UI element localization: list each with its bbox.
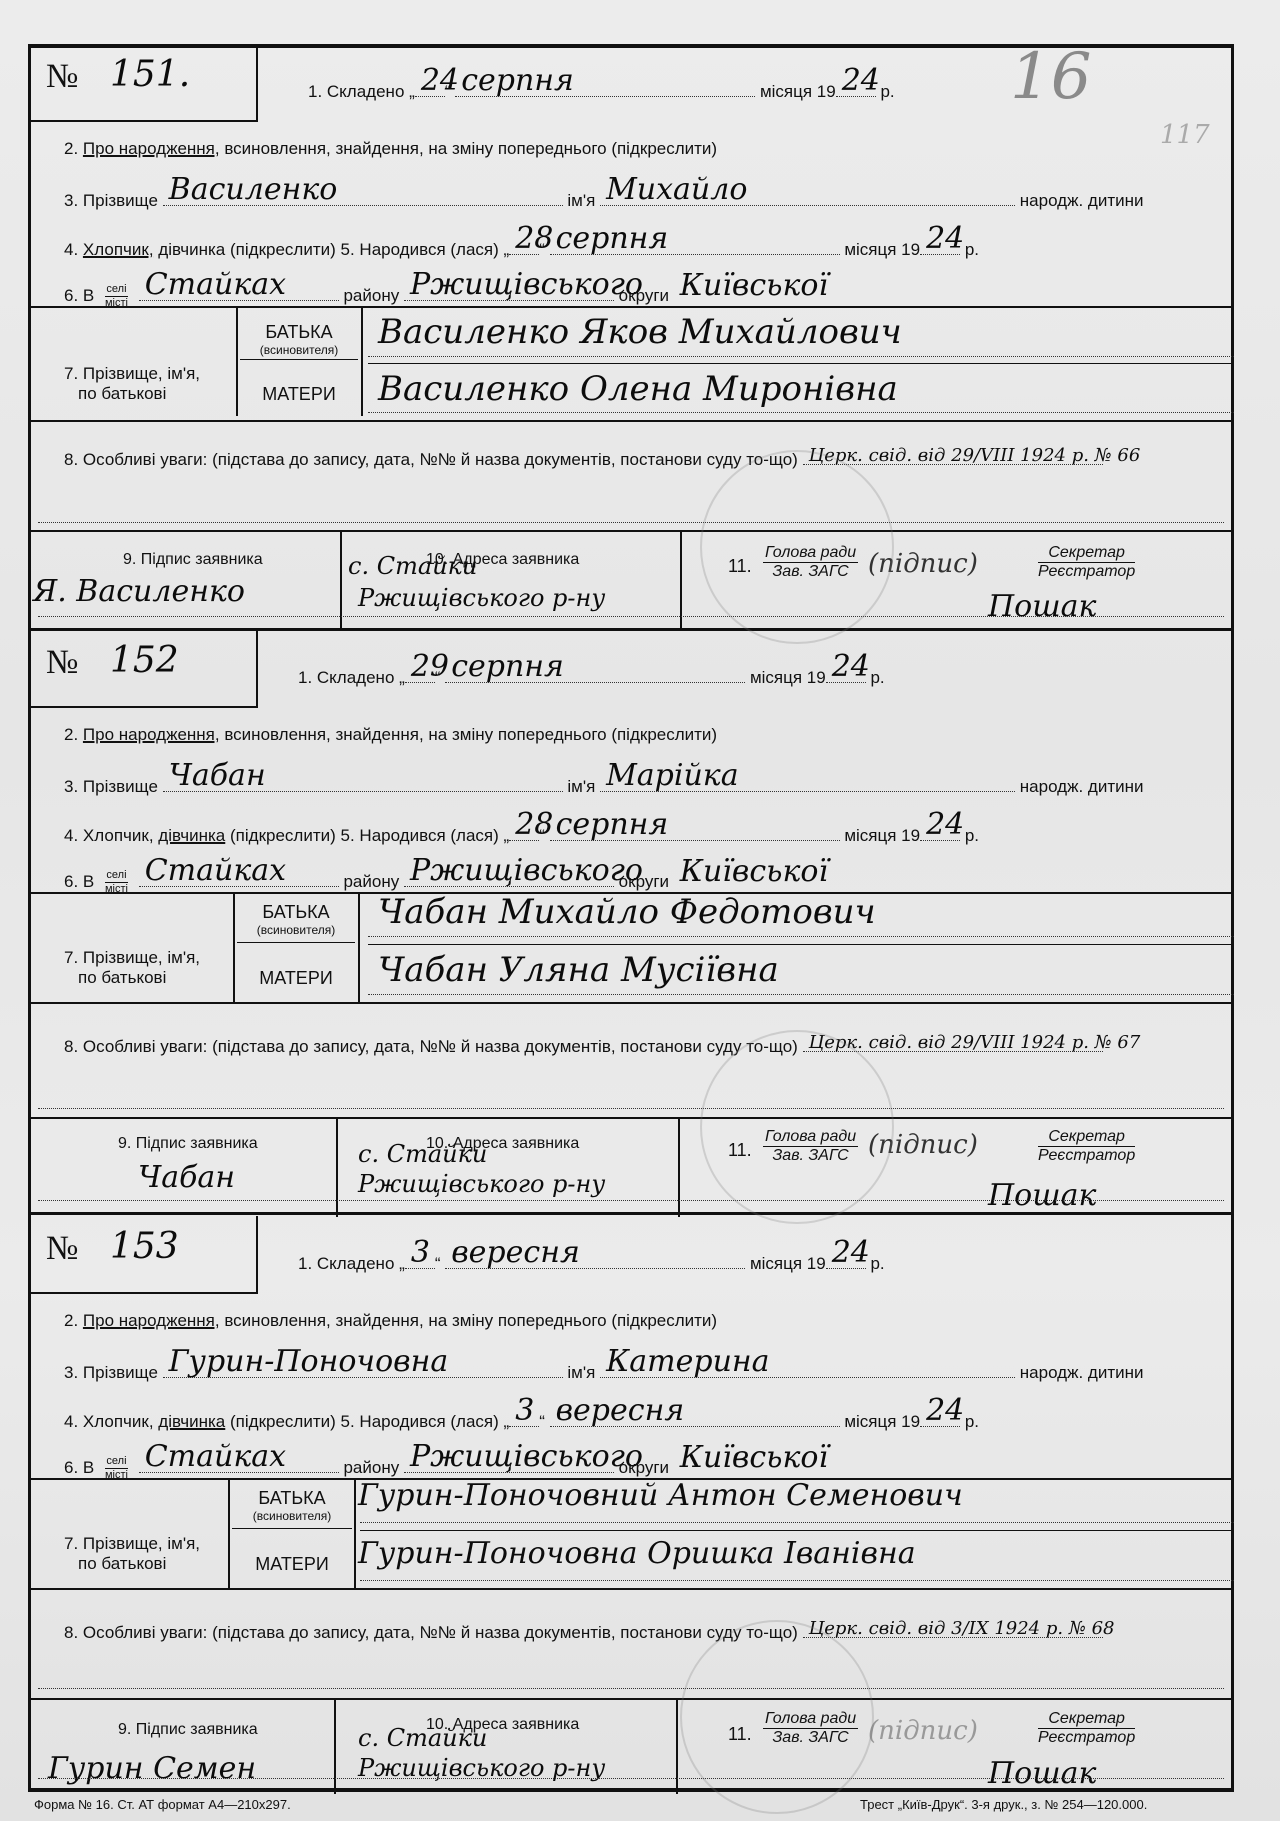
notes-value: Церк. свід. від 29/VIII 1924 р. № 66: [809, 445, 1141, 466]
label-child: народж. дитини: [1020, 777, 1144, 796]
record-separator: [28, 1212, 1234, 1215]
label-applicant-signature: 9. Підпис заявника: [123, 551, 263, 569]
label: Реєстратор: [1038, 1147, 1135, 1165]
mother-label: МАТЕРИ: [237, 968, 355, 989]
birth-month: серпня: [556, 221, 669, 256]
village-value: Стайках: [145, 1439, 286, 1474]
village-value: Стайках: [145, 267, 286, 302]
number-sign: №: [46, 1230, 78, 1268]
label-month-year: місяця 19: [844, 826, 920, 845]
label: Реєстратор: [1038, 563, 1135, 581]
label: 2.: [64, 1311, 78, 1330]
label-applicant-signature: 9. Підпис заявника: [118, 1135, 258, 1153]
label-month-year: місяця 19: [844, 1412, 920, 1431]
field-event-type: 2. Про народження, всиновлення, знайденн…: [64, 1311, 717, 1331]
mother-name: Чабан Уляна Мусіївна: [378, 950, 779, 990]
divider: [28, 420, 1234, 422]
field-sex-birthdate: 4. Хлопчик, дівчинка (підкреслити) 5. На…: [64, 822, 979, 846]
label: (підкреслити): [230, 1412, 336, 1431]
label: БАТЬКА: [240, 322, 358, 343]
compiled-year: 24: [832, 1235, 870, 1270]
footer-printer: Трест „Київ-Друк“. 3-я друк., з. № 254—1…: [860, 1797, 1147, 1812]
compiled-day: 29: [411, 649, 449, 684]
label-child: народж. дитини: [1020, 1363, 1144, 1382]
divider: [368, 944, 1234, 945]
dotted-line: [38, 1200, 1224, 1201]
label: (всиновителя): [240, 343, 358, 357]
label-applicant-signature: 9. Підпис заявника: [118, 1721, 258, 1739]
label-compiled: 1. Складено: [298, 1254, 394, 1273]
mother-name: Гурин-Поночовна Оришка Іванівна: [358, 1536, 916, 1571]
label-surname: 3. Прізвище: [64, 191, 158, 210]
label-place: 6. В: [64, 286, 94, 305]
field-surname: 3. Прізвище Василенко ім'я Михайло народ…: [64, 187, 1144, 211]
label: БАТЬКА: [232, 1488, 352, 1509]
applicant-address-line1: с. Стайки: [358, 1140, 487, 1168]
divider: [360, 1530, 1234, 1531]
compiled-month: серпня: [451, 649, 564, 684]
surname-value: Гурин-Поночовна: [169, 1344, 449, 1379]
surname-value: Чабан: [169, 758, 266, 793]
record-number: 153: [110, 1226, 179, 1267]
label-parents: 7. Прізвище, ім'я, по батькові: [64, 1534, 200, 1574]
label-village: селі: [105, 283, 128, 297]
compiled-year: 24: [842, 63, 880, 98]
applicant-address-line2: Ржищівського р-ну: [358, 584, 605, 612]
field-surname: 3. Прізвище Чабан ім'я Марійка народж. д…: [64, 773, 1144, 797]
label: Реєстратор: [1038, 1729, 1135, 1747]
divider: [28, 306, 1234, 308]
label: всиновлення, знайдення, на зміну поперед…: [224, 1311, 717, 1330]
first-name-value: Михайло: [606, 172, 747, 207]
secretary-label: Секретар Реєстратор: [1038, 1710, 1135, 1747]
sex-boy: Хлопчик,: [83, 1412, 154, 1431]
divider: [361, 306, 363, 416]
divider: [354, 1478, 356, 1588]
record-number-box: № 153: [28, 1216, 258, 1294]
dotted-line: [38, 1108, 1224, 1109]
label-village: селі: [105, 869, 128, 883]
district-value: Ржищівського: [410, 1439, 643, 1474]
label: Секретар: [1038, 1128, 1135, 1147]
label-district: району: [343, 1458, 399, 1477]
label: Секретар: [1038, 544, 1135, 563]
divider: [28, 1588, 1234, 1590]
birth-month: серпня: [556, 807, 669, 842]
sex-boy: Хлопчик,: [83, 826, 154, 845]
label: 4.: [64, 240, 78, 259]
applicant-signature: Я. Василенко: [33, 574, 245, 609]
birth-year: 24: [926, 807, 964, 842]
label-born: 5. Народився (лася): [341, 826, 499, 845]
mother-name: Василенко Олена Миронівна: [378, 369, 898, 409]
field-compiled: 1. Складено „24“ серпня місяця 1924 р.: [308, 78, 895, 102]
label-name: ім'я: [567, 191, 595, 210]
label: (всиновителя): [232, 1509, 352, 1523]
label: всиновлення, знайдення, на зміну поперед…: [224, 725, 717, 744]
label-city: місті: [105, 1469, 128, 1482]
label-notes: 8. Особливі уваги: (підстава до запису, …: [64, 450, 798, 469]
official-stamp: [700, 1030, 894, 1224]
field-event-type: 2. Про народження, всиновлення, знайденн…: [64, 725, 717, 745]
label-line: по батькові: [64, 1554, 200, 1574]
record-number-box: № 151.: [28, 44, 258, 122]
divider: [236, 306, 238, 416]
label-district: району: [343, 872, 399, 891]
divider: [368, 363, 1234, 364]
divider: [340, 530, 342, 630]
label-surname: 3. Прізвище: [64, 777, 158, 796]
label: 4.: [64, 1412, 78, 1431]
quote: “: [435, 1254, 441, 1273]
label: (всиновителя): [237, 923, 355, 937]
divider: [28, 1698, 1234, 1700]
father-name: Чабан Михайло Федотович: [378, 892, 876, 932]
divider: [228, 1478, 230, 1588]
divider: [678, 1117, 680, 1217]
field-notes: 8. Особливі уваги: (підстава до запису, …: [64, 1619, 1103, 1643]
registrar-signature: Пошак: [988, 589, 1096, 624]
mother-label: МАТЕРИ: [240, 384, 358, 405]
registrar-signature: Пошак: [988, 1178, 1096, 1213]
dotted-line: [38, 522, 1224, 523]
record-151: № 151. 1. Складено „24“ серпня місяця 19…: [28, 44, 1234, 634]
registrar-signature: Пошак: [988, 1756, 1096, 1791]
birth-day: 28: [515, 807, 553, 842]
label: МАТЕРИ: [240, 384, 358, 405]
record-number: 152: [110, 640, 179, 681]
label-line: 7. Прізвище, ім'я,: [64, 1534, 200, 1554]
label-notes: 8. Особливі уваги: (підстава до запису, …: [64, 1623, 798, 1642]
mother-label: МАТЕРИ: [232, 1554, 352, 1575]
label-name: ім'я: [567, 777, 595, 796]
label-line: 7. Прізвище, ім'я,: [64, 948, 200, 968]
divider: [28, 530, 1234, 532]
label-year: р.: [965, 240, 979, 259]
divider: [232, 1528, 352, 1529]
dotted-line: [360, 1580, 1234, 1581]
divider: [28, 1117, 1234, 1119]
label-notes: 8. Особливі уваги: (підстава до запису, …: [64, 1037, 798, 1056]
compiled-day: 24: [421, 63, 459, 98]
father-label: БАТЬКА (всиновителя): [237, 902, 355, 937]
label-month-year: місяця 19: [750, 1254, 826, 1273]
secretary-label: Секретар Реєстратор: [1038, 544, 1135, 581]
label-parents: 7. Прізвище, ім'я, по батькові: [64, 364, 200, 404]
field-sex-birthdate: 4. Хлопчик, дівчинка (підкреслити) 5. На…: [64, 236, 979, 260]
dotted-line: [38, 1778, 1224, 1779]
label: Секретар: [1038, 1710, 1135, 1729]
label-born: 5. Народився (лася): [341, 1412, 499, 1431]
okrug-value: Київської: [680, 268, 828, 303]
father-label: БАТЬКА (всиновителя): [232, 1488, 352, 1523]
father-name: Василенко Яков Михайлович: [378, 312, 902, 352]
official-stamp: [700, 450, 894, 644]
field-surname: 3. Прізвище Гурин-Поночовна ім'я Катерин…: [64, 1359, 1144, 1383]
number-sign: №: [46, 58, 78, 96]
divider: [28, 1002, 1234, 1004]
compiled-year: 24: [832, 649, 870, 684]
label-line: по батькові: [64, 968, 200, 988]
surname-value: Василенко: [169, 172, 338, 207]
label-year: р.: [965, 826, 979, 845]
sex-girl-underlined: дівчинка: [158, 1412, 225, 1431]
district-value: Ржищівського: [410, 853, 643, 888]
label: БАТЬКА: [237, 902, 355, 923]
district-value: Ржищівського: [410, 267, 643, 302]
label: 2.: [64, 725, 78, 744]
label: всиновлення, знайдення, на зміну поперед…: [224, 139, 717, 158]
record-152: № 152 1. Складено „29“ серпня місяця 192…: [28, 630, 1234, 1220]
label: МАТЕРИ: [237, 968, 355, 989]
applicant-address-line1: с. Стайки: [348, 552, 477, 580]
divider: [240, 359, 358, 360]
record-153: № 153 1. Складено „3“ вересня місяця 192…: [28, 1216, 1234, 1796]
divider: [336, 1117, 338, 1217]
label-month-year: місяця 19: [750, 668, 826, 687]
divider: [334, 1698, 336, 1794]
okrug-value: Київської: [680, 854, 828, 889]
field-compiled: 1. Складено „29“ серпня місяця 1924 р.: [298, 664, 885, 688]
event-underlined: Про народження,: [83, 139, 220, 158]
notes-value: Церк. свід. від 3/IX 1924 р. № 68: [809, 1618, 1115, 1639]
compiled-day: 3: [411, 1235, 430, 1270]
applicant-signature: Чабан: [138, 1160, 235, 1195]
label-place: 6. В: [64, 872, 94, 891]
field-sex-birthdate: 4. Хлопчик, дівчинка (підкреслити) 5. На…: [64, 1408, 979, 1432]
birth-year: 24: [926, 1393, 964, 1428]
label-parents: 7. Прізвище, ім'я, по батькові: [64, 948, 200, 988]
official-stamp: [680, 1620, 874, 1814]
number-sign: №: [46, 644, 78, 682]
birth-year: 24: [926, 221, 964, 256]
label: 2.: [64, 139, 78, 158]
first-name-value: Марійка: [606, 758, 739, 793]
label: 4.: [64, 826, 78, 845]
label-name: ім'я: [567, 1363, 595, 1382]
label-place: 6. В: [64, 1458, 94, 1477]
sex-girl: дівчинка: [158, 240, 225, 259]
okrug-value: Київської: [680, 1440, 828, 1475]
footer-form-number: Форма № 16. Ст. АТ формат А4—210х297.: [34, 1797, 291, 1812]
field-event-type: 2. Про народження, всиновлення, знайденн…: [64, 139, 717, 159]
applicant-address-line2: Ржищівського р-ну: [358, 1170, 605, 1198]
label-year: р.: [965, 1412, 979, 1431]
divider: [237, 942, 355, 943]
label-month-year: місяця 19: [844, 240, 920, 259]
birth-day: 3: [515, 1393, 534, 1428]
head-signature: (підпис): [868, 1716, 978, 1746]
first-name-value: Катерина: [606, 1344, 769, 1379]
divider: [676, 1698, 678, 1794]
label-month-year: місяця 19: [760, 82, 836, 101]
field-notes: 8. Особливі уваги: (підстава до запису, …: [64, 1033, 1103, 1057]
label-child: народж. дитини: [1020, 191, 1144, 210]
label-compiled: 1. Складено: [298, 668, 394, 687]
label-district: району: [343, 286, 399, 305]
quote: “: [539, 1412, 545, 1431]
document-page: 16 117 № 151. 1. Складено „24“ серпня мі…: [0, 0, 1280, 1821]
sex-girl-underlined: дівчинка: [158, 826, 225, 845]
label-city: місті: [105, 883, 128, 896]
label-year: р.: [880, 82, 894, 101]
label-compiled: 1. Складено: [308, 82, 404, 101]
record-number: 151.: [110, 54, 190, 95]
label: (підкреслити): [230, 240, 336, 259]
compiled-month: вересня: [451, 1235, 580, 1270]
village-value: Стайках: [145, 853, 286, 888]
compiled-month: серпня: [461, 63, 574, 98]
label: (підкреслити): [230, 826, 336, 845]
label-year: р.: [870, 668, 884, 687]
sex-boy-underlined: Хлопчик,: [83, 240, 154, 259]
birth-month: вересня: [556, 1393, 685, 1428]
field-compiled: 1. Складено „3“ вересня місяця 1924 р.: [298, 1250, 885, 1274]
father-label: БАТЬКА (всиновителя): [240, 322, 358, 357]
notes-value: Церк. свід. від 29/VIII 1924 р. № 67: [809, 1032, 1141, 1053]
dotted-line: [368, 936, 1234, 937]
dotted-line: [368, 412, 1234, 413]
dotted-line: [38, 1688, 1224, 1689]
event-underlined: Про народження,: [83, 725, 220, 744]
record-number-box: № 152: [28, 630, 258, 708]
divider: [233, 892, 235, 1002]
label-year: р.: [870, 1254, 884, 1273]
applicant-signature: Гурин Семен: [48, 1751, 256, 1786]
dotted-line: [38, 616, 1224, 617]
label-line: по батькові: [64, 384, 200, 404]
field-notes: 8. Особливі уваги: (підстава до запису, …: [64, 446, 1103, 470]
label-born: 5. Народився (лася): [341, 240, 499, 259]
label: МАТЕРИ: [232, 1554, 352, 1575]
dotted-line: [368, 356, 1234, 357]
dotted-line: [360, 1522, 1234, 1523]
event-underlined: Про народження,: [83, 1311, 220, 1330]
applicant-address-line1: с. Стайки: [358, 1724, 487, 1752]
label-village: селі: [105, 1455, 128, 1469]
divider: [358, 892, 360, 1002]
secretary-label: Секретар Реєстратор: [1038, 1128, 1135, 1165]
label-city: місті: [105, 297, 128, 310]
father-name: Гурин-Поночовний Антон Семенович: [358, 1478, 963, 1513]
label-surname: 3. Прізвище: [64, 1363, 158, 1382]
dotted-line: [368, 994, 1234, 995]
label-line: 7. Прізвище, ім'я,: [64, 364, 200, 384]
divider: [680, 530, 682, 630]
birth-day: 28: [515, 221, 553, 256]
